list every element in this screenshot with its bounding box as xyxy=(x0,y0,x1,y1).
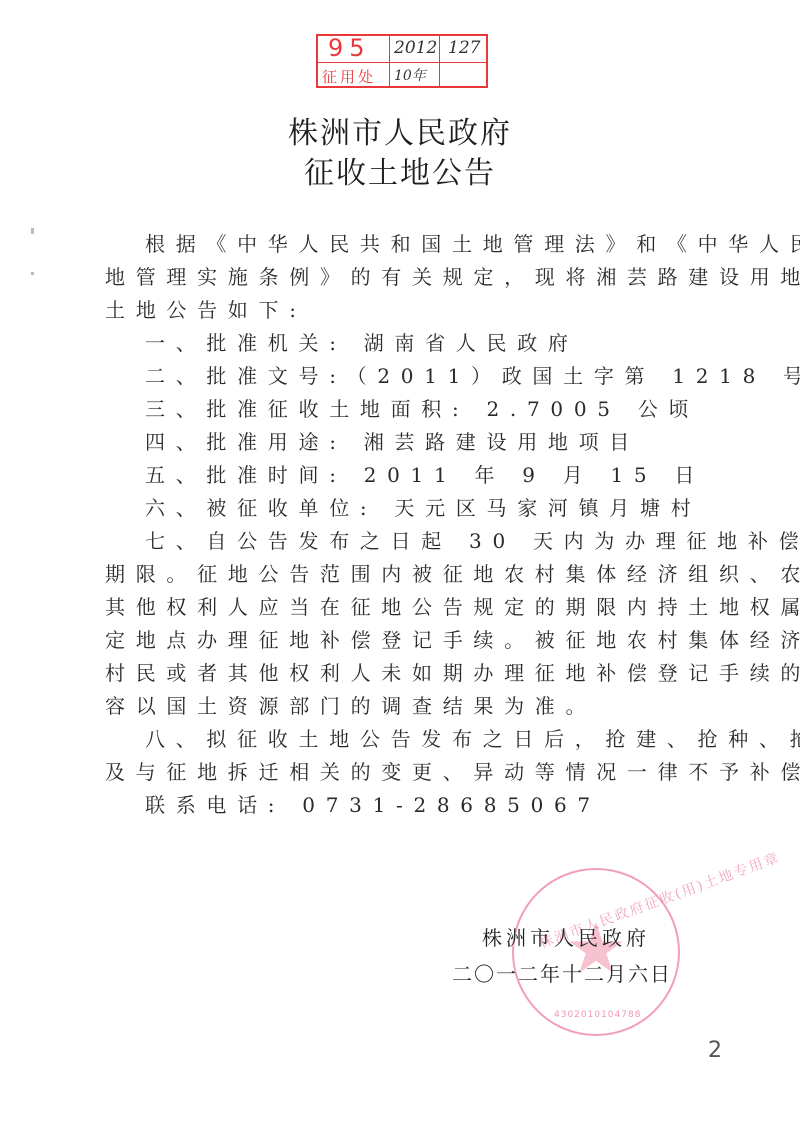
item-land-area: 三、批准征收土地面积: 2.7005 公顷 xyxy=(105,393,709,426)
item-approval-date: 五、批准时间: 2011 年 9 月 15 日 xyxy=(105,459,709,492)
contact-phone: 联系电话: 0731-28685067 xyxy=(105,789,709,822)
stamp-number: 95 xyxy=(328,34,371,62)
issuer-heading: 株洲市人民政府 xyxy=(0,108,800,152)
item7-line: 期限。征地公告范围内被征地农村集体经济组织、农村村民或者 xyxy=(105,558,709,591)
stamp-number-cell: 95 xyxy=(318,36,390,63)
stamp-dept-cell: 征用处 xyxy=(318,63,390,88)
scan-mark xyxy=(31,272,34,275)
item7-line: 七、自公告发布之日起 30 天内为办理征地补偿登记手续的 xyxy=(105,525,709,558)
scan-mark xyxy=(31,228,34,234)
item7-line: 容以国土资源部门的调查结果为准。 xyxy=(105,690,709,723)
stamp-retention-cell: 10年 xyxy=(390,63,440,88)
item-approval-authority: 一、批准机关: 湖南省人民政府 xyxy=(105,327,709,360)
stamp-department: 征用处 xyxy=(322,66,376,87)
stamp-year-cell: 2012 xyxy=(390,36,440,63)
item7-line: 定地点办理征地补偿登记手续。被征地农村集体经济组织、农村 xyxy=(105,624,709,657)
receipt-stamp: 95 2012 127 征用处 10年 xyxy=(316,34,488,88)
preamble-line: 土地公告如下: xyxy=(105,294,709,327)
stamp-serial-cell: 127 xyxy=(440,36,488,63)
item8-line: 及与征地拆迁相关的变更、异动等情况一律不予补偿。 xyxy=(105,756,709,789)
signature-date: 二〇一二年十二月六日 xyxy=(452,958,672,987)
stamp-year: 2012 xyxy=(394,38,437,58)
item-approval-document: 二、批准文号:（2011）政国土字第 1218 号 xyxy=(105,360,709,393)
stamp-serial: 127 xyxy=(448,38,480,58)
stamp-empty-cell xyxy=(440,63,488,88)
official-seal: 株洲市人民政府征收(用)土地专用章 ★ 4302010104788 xyxy=(512,868,680,1036)
item-expropriated-unit: 六、被征收单位: 天元区马家河镇月塘村 xyxy=(105,492,709,525)
page-title: 征收土地公告 xyxy=(0,148,800,192)
page-number: 2 xyxy=(708,1038,722,1063)
stamp-retention: 10年 xyxy=(394,65,426,85)
preamble-line: 根据《中华人民共和国土地管理法》和《中华人民共和国土 xyxy=(105,228,709,261)
item7-line: 村民或者其他权利人未如期办理征地补偿登记手续的，其补偿内 xyxy=(105,657,709,690)
signature-issuer: 株洲市人民政府 xyxy=(482,922,650,951)
item7-line: 其他权利人应当在征地公告规定的期限内持土地权属证书到指 xyxy=(105,591,709,624)
notice-body: 根据《中华人民共和国土地管理法》和《中华人民共和国土 地管理实施条例》的有关规定… xyxy=(105,228,709,822)
preamble-line: 地管理实施条例》的有关规定，现将湘芸路建设用地项目的征收 xyxy=(105,261,709,294)
item8-line: 八、拟征收土地公告发布之日后，抢建、抢种、抢栽、抢挖 xyxy=(105,723,709,756)
item-land-use: 四、批准用途: 湘芸路建设用地项目 xyxy=(105,426,709,459)
seal-code: 4302010104788 xyxy=(554,1010,641,1020)
